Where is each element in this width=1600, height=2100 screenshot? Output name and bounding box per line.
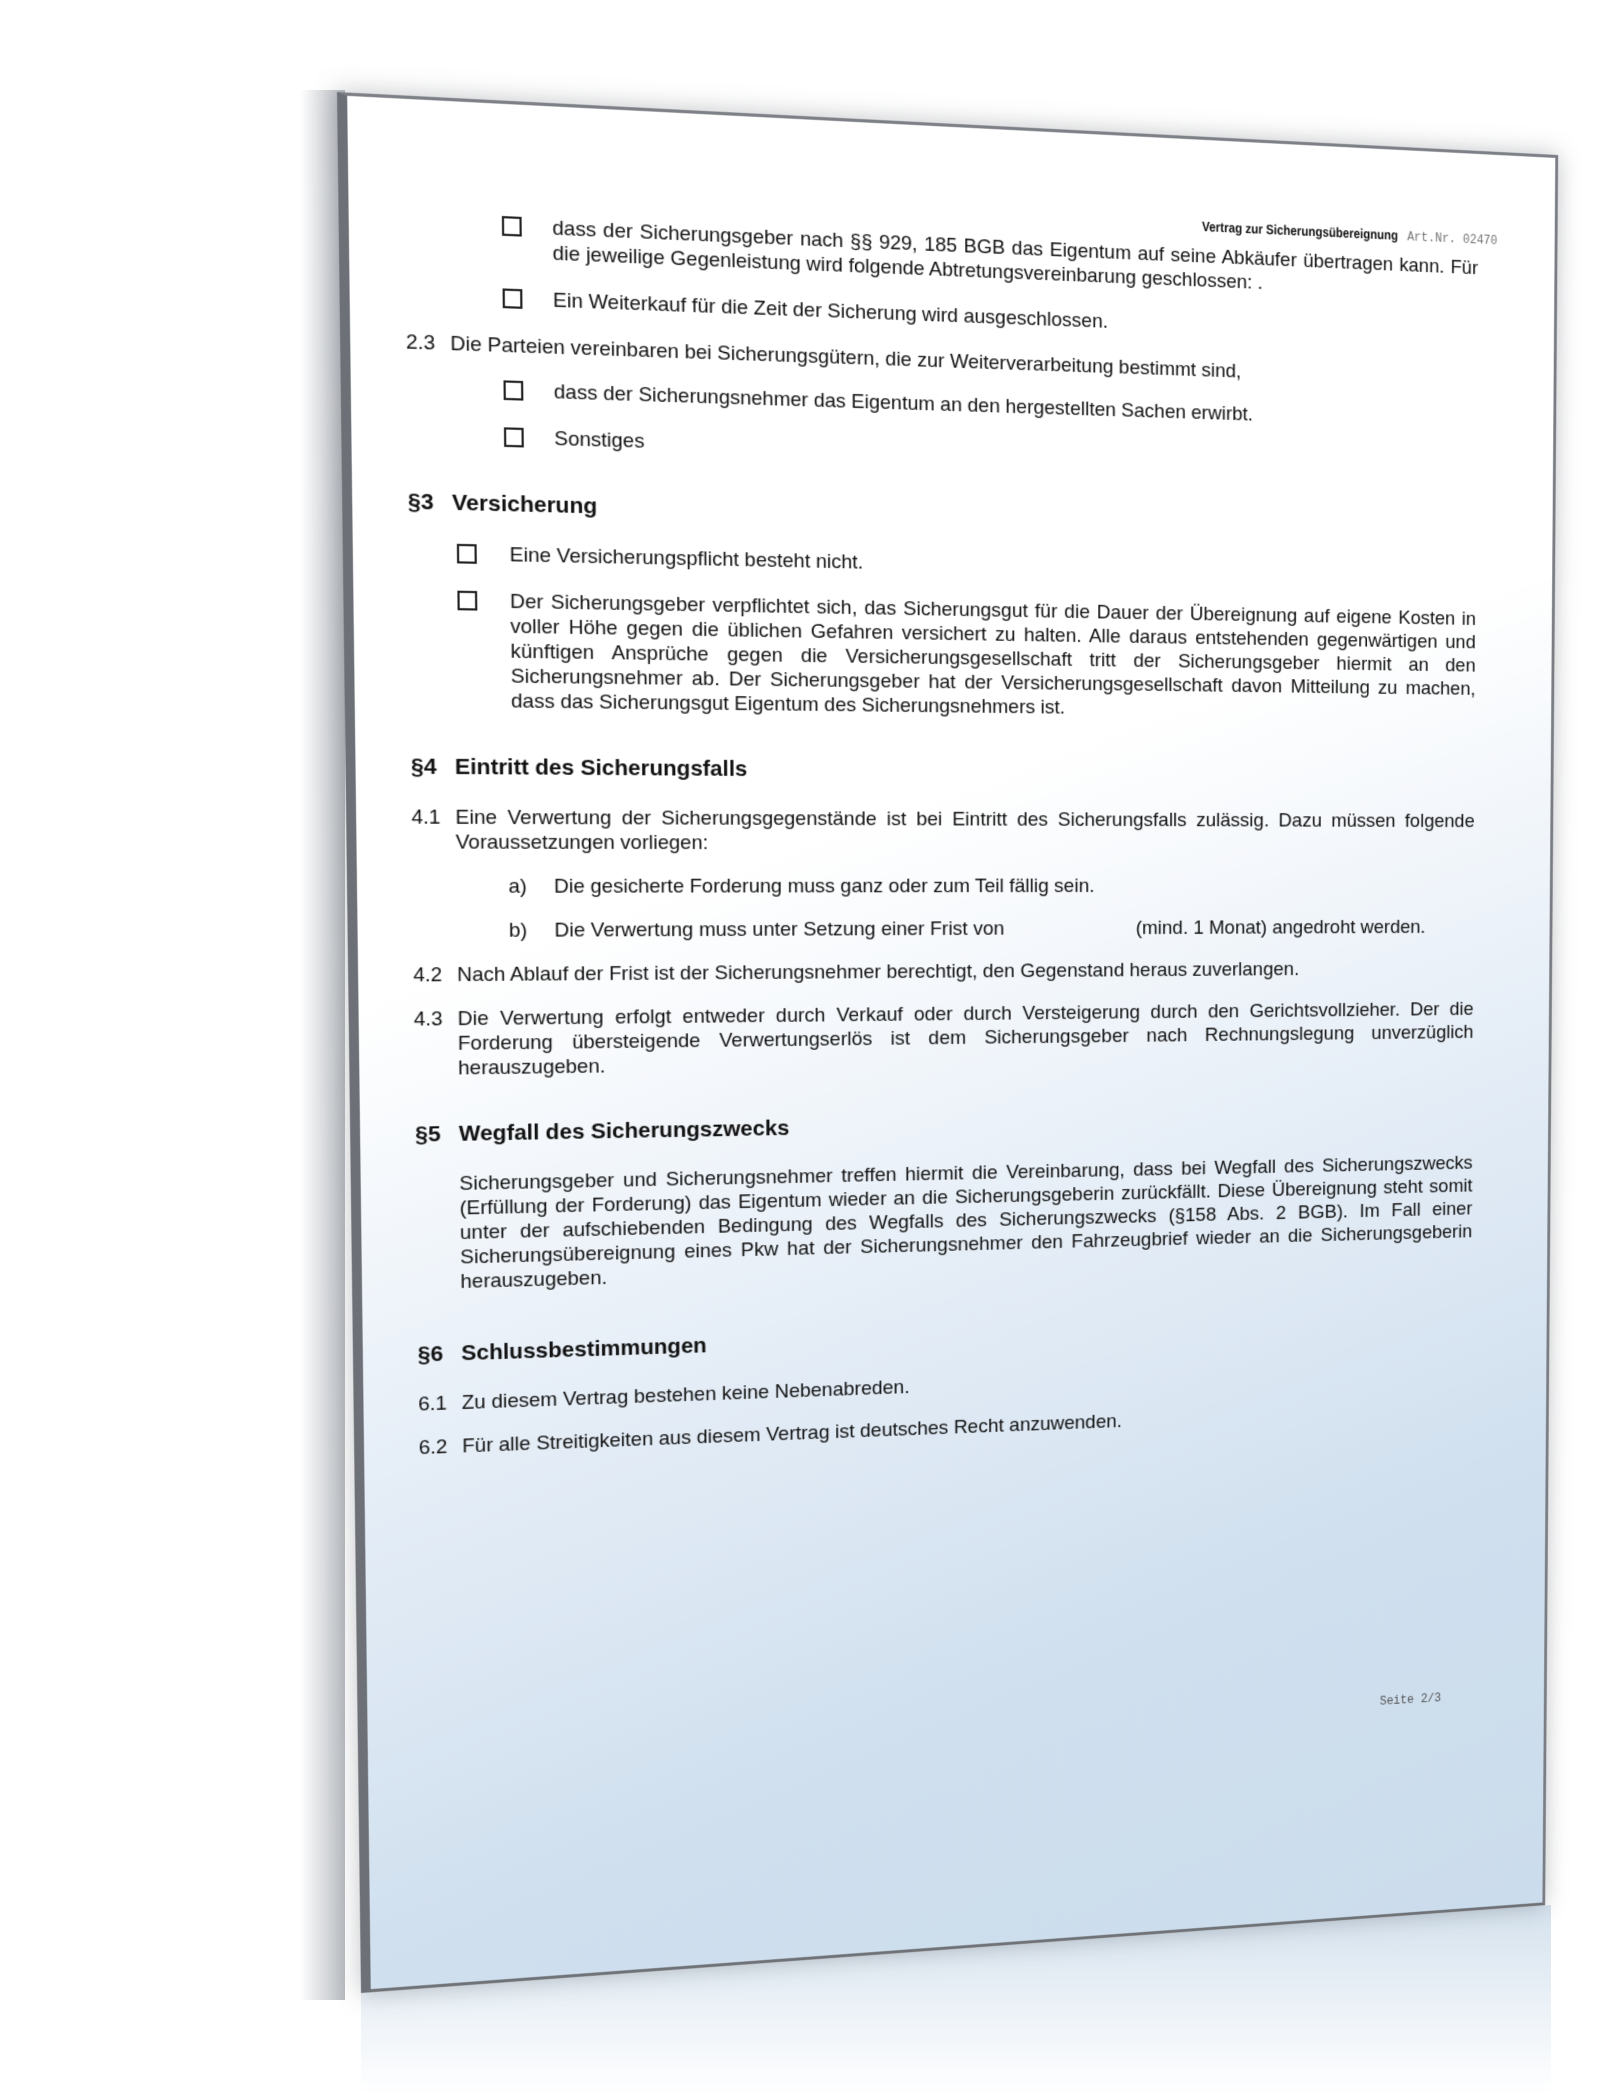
clause-number: 2.3	[406, 330, 451, 357]
section-number: §3	[408, 489, 452, 515]
blank-field-frist[interactable]	[1010, 934, 1131, 935]
condition-b: b) Die Verwertung muss unter Setzung ein…	[509, 916, 1474, 944]
section-title: Eintritt des Sicherungsfalls	[455, 755, 748, 782]
condition-text: Die Verwertung muss unter Setzung einer …	[554, 916, 1474, 943]
section-title: Wegfall des Sicherungszwecks	[459, 1116, 790, 1146]
page-number: Seite 2/3	[1380, 1691, 1441, 1708]
option-text: Der Sicherungsgeber verpflichtet sich, d…	[510, 589, 1476, 724]
checkbox[interactable]	[503, 288, 523, 308]
checkbox[interactable]	[457, 591, 477, 611]
clause-4-2: 4.2 Nach Ablauf der Frist ist der Sicher…	[413, 957, 1474, 988]
document-title: Vertrag zur Sicherungsübereignung	[1202, 218, 1398, 242]
checkbox[interactable]	[504, 427, 524, 447]
condition-text: Die gesicherte Forderung muss ganz oder …	[554, 874, 1474, 899]
clause-4-3: 4.3 Die Verwertung erfolgt entweder durc…	[414, 998, 1474, 1082]
condition-label: a)	[508, 874, 554, 899]
page-content: dass der Sicherungsgeber nach §§ 929, 18…	[404, 210, 1478, 1480]
clause-number: 6.2	[419, 1434, 463, 1460]
option-text: Eine Versicherungspflicht besteht nicht.	[509, 543, 1476, 588]
section-number: §5	[415, 1122, 459, 1147]
clause-text: Die Verwertung erfolgt entweder durch Ve…	[457, 998, 1473, 1081]
clause-4-1: 4.1 Eine Verwertung der Sicherungsgegens…	[411, 805, 1474, 856]
option-text: Sonstiges	[554, 427, 1477, 478]
article-number: Art.Nr. 02470	[1407, 230, 1497, 248]
checkbox[interactable]	[457, 544, 477, 564]
option-text: dass der Sicherungsnehmer das Eigentum a…	[554, 380, 1477, 434]
section-title: Versicherung	[452, 490, 597, 519]
document-page: Vertrag zur Sicherungsübereignung Art.Nr…	[337, 92, 1558, 1993]
condition-a: a) Die gesicherte Forderung muss ganz od…	[508, 874, 1474, 899]
section-heading-6: §6 Schlussbestimmungen	[418, 1310, 1472, 1367]
clause-text: Eine Verwertung der Sicherungsgegenständ…	[455, 805, 1474, 856]
section-number: §6	[418, 1341, 462, 1367]
document-preview: Vertrag zur Sicherungsübereignung Art.Nr…	[0, 0, 1600, 2100]
checkbox[interactable]	[502, 216, 522, 237]
checkbox[interactable]	[503, 380, 523, 400]
section-title: Schlussbestimmungen	[461, 1333, 707, 1365]
option-versicherungspflicht: Der Sicherungsgeber verpflichtet sich, d…	[409, 588, 1476, 725]
option-sonstiges: Sonstiges	[407, 422, 1477, 477]
section-heading-5: §5 Wegfall des Sicherungszwecks	[415, 1105, 1473, 1147]
condition-label: b)	[509, 918, 555, 943]
section-number: §4	[411, 754, 455, 779]
condition-text-before: Die Verwertung muss unter Setzung einer …	[554, 918, 1004, 942]
clause-number: 4.1	[411, 805, 456, 855]
clause-number: 4.3	[414, 1007, 459, 1082]
clause-number: 6.1	[418, 1391, 462, 1417]
page-edge-shadow	[300, 90, 345, 2000]
section-heading-3: §3 Versicherung	[408, 489, 1477, 540]
option-keine-versicherungspflicht: Eine Versicherungspflicht besteht nicht.	[408, 541, 1476, 588]
page-3d-wrapper: Vertrag zur Sicherungsübereignung Art.Nr…	[337, 92, 1558, 1993]
condition-text-after: (mind. 1 Monat) angedroht werden.	[1136, 917, 1426, 939]
clause-text: Nach Ablauf der Frist ist der Sicherungs…	[457, 957, 1474, 988]
section-5-text: Sicherungsgeber und Sicherungsnehmer tre…	[416, 1152, 1473, 1296]
clause-number: 4.2	[413, 963, 457, 988]
section-heading-4: §4 Eintritt des Sicherungsfalls	[411, 754, 1475, 786]
page-header: Vertrag zur Sicherungsübereignung Art.Nr…	[1180, 217, 1498, 248]
